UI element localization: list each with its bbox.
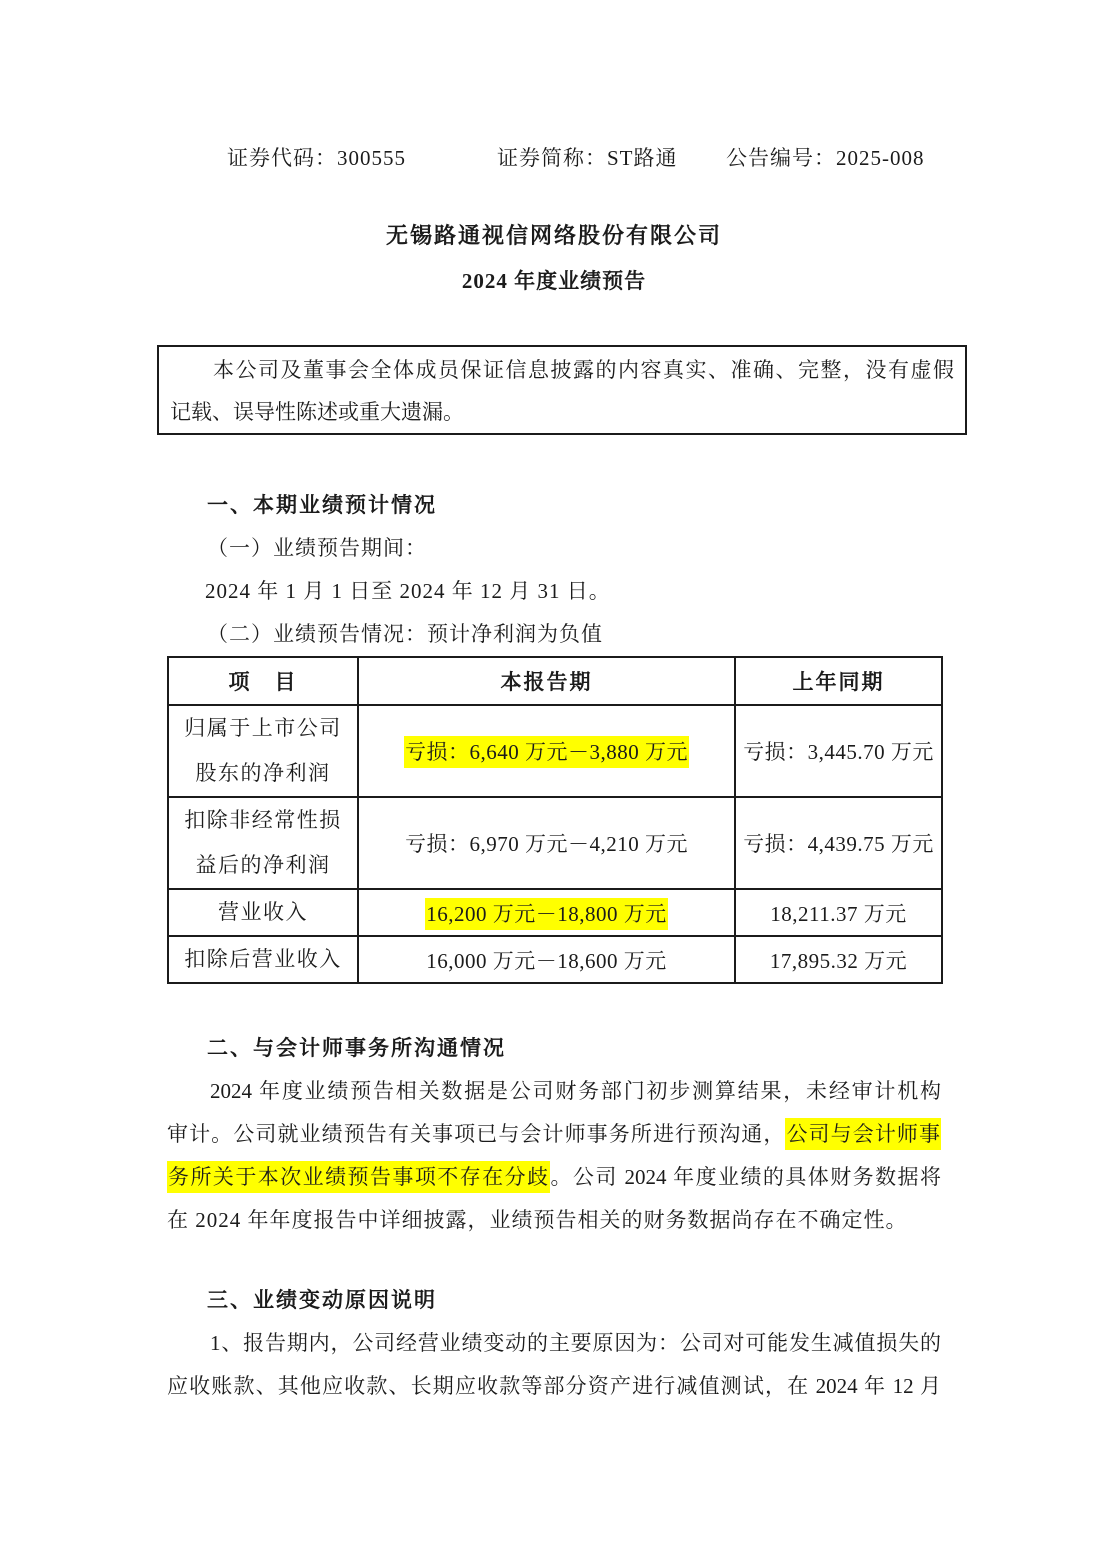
item-net-profit-attributable: 归属于上市公司 股东的净利润 bbox=[168, 705, 358, 797]
column-header-prior-period: 上年同期 bbox=[735, 657, 942, 705]
item-net-profit-excl-nonrecurring: 扣除非经常性损 益后的净利润 bbox=[168, 797, 358, 889]
prior-period-value: 17,895.32 万元 bbox=[735, 936, 942, 983]
highlighted-statement: 务所关于本次业绩预告事项不存在分歧 bbox=[167, 1161, 550, 1193]
current-period-value: 16,200 万元－18,800 万元 bbox=[358, 889, 735, 936]
prior-period-value: 亏损：4,439.75 万元 bbox=[735, 797, 942, 889]
paragraph-line: 1、报告期内，公司经营业绩变动的主要原因为：公司对可能发生减值损失的 bbox=[167, 1322, 941, 1365]
highlighted-statement: 公司与会计师事 bbox=[785, 1118, 941, 1150]
paragraph-line: 审计。公司就业绩预告有关事项已与会计师事务所进行预沟通，公司与会计师事 bbox=[167, 1113, 941, 1156]
document-body: 无锡路通视信网络股份有限公司 2024 年度业绩预告 本公司及董事会全体成员保证… bbox=[167, 0, 941, 1408]
current-period-value: 亏损：6,640 万元－3,880 万元 bbox=[358, 705, 735, 797]
section-3-heading: 三、业绩变动原因说明 bbox=[207, 1279, 941, 1322]
column-header-current-period: 本报告期 bbox=[358, 657, 735, 705]
section-3-paragraph: 1、报告期内，公司经营业绩变动的主要原因为：公司对可能发生减值损失的 应收账款、… bbox=[167, 1322, 941, 1408]
document-subtitle: 2024 年度业绩预告 bbox=[167, 266, 941, 296]
section-1-heading: 一、本期业绩预计情况 bbox=[207, 484, 941, 527]
table-header-row: 项 目 本报告期 上年同期 bbox=[168, 657, 942, 705]
paragraph-line: 在 2024 年年度报告中详细披露，业绩预告相关的财务数据尚存在不确定性。 bbox=[167, 1199, 941, 1242]
company-title: 无锡路通视信网络股份有限公司 bbox=[167, 221, 941, 251]
table-row: 扣除后营业收入 16,000 万元－18,600 万元 17,895.32 万元 bbox=[168, 936, 942, 983]
current-period-value: 16,000 万元－18,600 万元 bbox=[358, 936, 735, 983]
paragraph-line: 务所关于本次业绩预告事项不存在分歧。公司 2024 年度业绩的具体财务数据将 bbox=[167, 1156, 941, 1199]
table-row: 营业收入 16,200 万元－18,800 万元 18,211.37 万元 bbox=[168, 889, 942, 936]
highlighted-value: 亏损：6,640 万元－3,880 万元 bbox=[404, 736, 689, 768]
disclaimer-line-2: 记载、误导性陈述或重大遗漏。 bbox=[170, 391, 954, 433]
disclaimer-line-1: 本公司及董事会全体成员保证信息披露的内容真实、准确、完整，没有虚假 bbox=[170, 349, 954, 391]
column-header-item: 项 目 bbox=[168, 657, 358, 705]
section-2-paragraph: 2024 年度业绩预告相关数据是公司财务部门初步测算结果，未经审计机构 审计。公… bbox=[167, 1070, 941, 1242]
item-operating-revenue: 营业收入 bbox=[168, 889, 358, 936]
section-1-sub-2: （二）业绩预告情况：预计净利润为负值 bbox=[207, 613, 941, 656]
current-period-value: 亏损：6,970 万元－4,210 万元 bbox=[358, 797, 735, 889]
table-row: 归属于上市公司 股东的净利润 亏损：6,640 万元－3,880 万元 亏损：3… bbox=[168, 705, 942, 797]
highlighted-value: 16,200 万元－18,800 万元 bbox=[425, 898, 668, 930]
section-2-heading: 二、与会计师事务所沟通情况 bbox=[207, 1027, 941, 1070]
disclaimer-box: 本公司及董事会全体成员保证信息披露的内容真实、准确、完整，没有虚假 记载、误导性… bbox=[157, 345, 967, 435]
paragraph-line: 2024 年度业绩预告相关数据是公司财务部门初步测算结果，未经审计机构 bbox=[167, 1070, 941, 1113]
table-row: 扣除非经常性损 益后的净利润 亏损：6,970 万元－4,210 万元 亏损：4… bbox=[168, 797, 942, 889]
prior-period-value: 亏损：3,445.70 万元 bbox=[735, 705, 942, 797]
paragraph-line: 应收账款、其他应收款、长期应收款等部分资产进行减值测试，在 2024 年 12 … bbox=[167, 1365, 941, 1408]
forecast-period: 2024 年 1 月 1 日至 2024 年 12 月 31 日。 bbox=[205, 570, 941, 613]
prior-period-value: 18,211.37 万元 bbox=[735, 889, 942, 936]
announcement-page: 证券代码：300555 证券简称：ST路通 公告编号：2025-008 无锡路通… bbox=[0, 0, 1102, 1559]
performance-forecast-table: 项 目 本报告期 上年同期 归属于上市公司 股东的净利润 亏损：6,640 万元… bbox=[167, 656, 943, 984]
section-1-sub-1: （一）业绩预告期间： bbox=[207, 527, 941, 570]
item-revenue-after-deduction: 扣除后营业收入 bbox=[168, 936, 358, 983]
